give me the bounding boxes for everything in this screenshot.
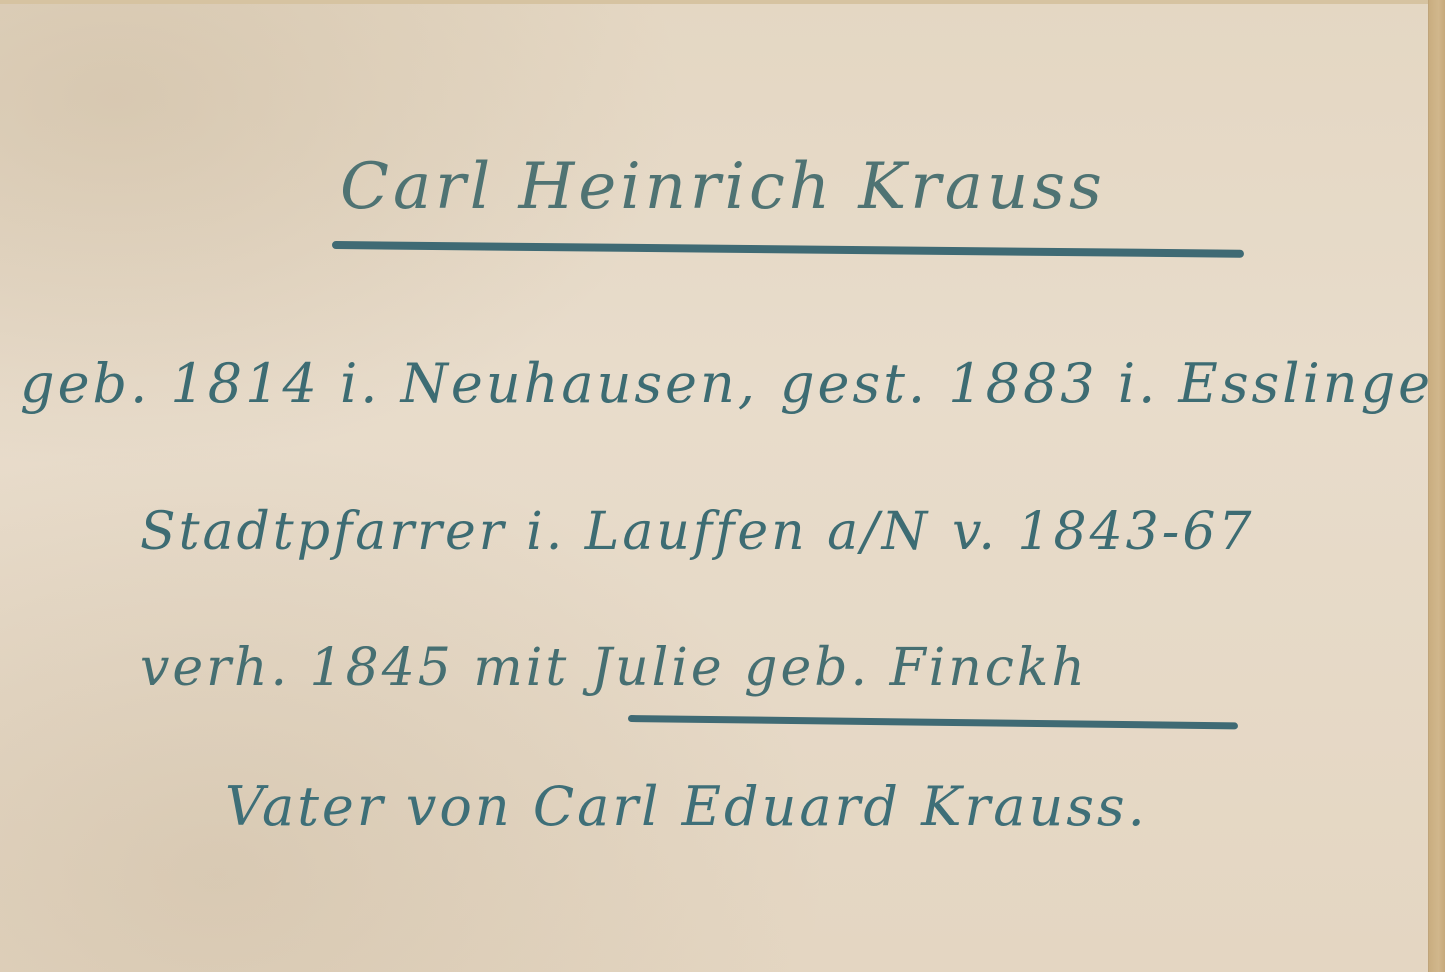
birth-text: geb. 1814 i. Neuhausen, [20, 352, 758, 415]
document-title: Carl Heinrich Krauss [340, 150, 1106, 224]
title-underline [332, 241, 1244, 258]
spouse-underline [628, 715, 1238, 729]
relation-line: Vater von Carl Eduard Krauss. [225, 775, 1148, 838]
document-photo: Carl Heinrich Krauss geb. 1814 i. Neuhau… [0, 0, 1445, 972]
occupation-text: Stadtpfarrer i. Lauffen a/N [140, 502, 930, 562]
relation-text: Vater von Carl Eduard Krauss. [225, 775, 1148, 838]
spouse-name: Julie geb. Finckh [591, 638, 1088, 698]
death-text: gest. 1883 i. Esslingen [780, 352, 1445, 415]
card-backing-edge [1428, 0, 1445, 972]
occupation-years: v. 1843-67 [952, 502, 1254, 562]
birth-death-line: geb. 1814 i. Neuhausen,gest. 1883 i. Ess… [20, 352, 1445, 415]
occupation-line: Stadtpfarrer i. Lauffen a/Nv. 1843-67 [140, 502, 1254, 562]
marriage-year-text: verh. 1845 mit [140, 638, 569, 698]
card-top-edge [0, 0, 1445, 4]
marriage-line: verh. 1845 mitJulie geb. Finckh [140, 638, 1088, 698]
